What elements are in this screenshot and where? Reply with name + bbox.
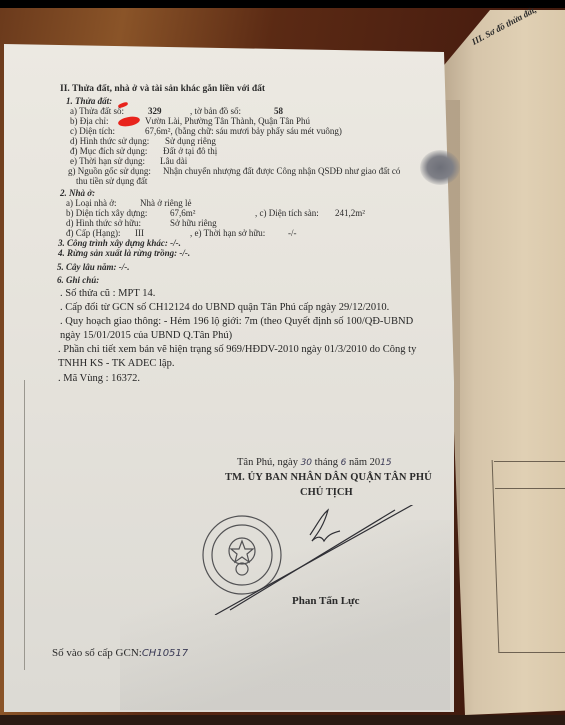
registry-number-handwritten: CH10517	[142, 648, 188, 659]
registry-row: Số vào sổ cấp GCN:CH10517	[52, 648, 188, 659]
perennial-trees: 5. Cây lâu năm: -/-.	[57, 262, 130, 273]
section-title: II. Thửa đất, nhà ở và tài sản khác gắn …	[60, 84, 265, 95]
note-line: . Mã Vùng : 16372.	[58, 372, 140, 386]
note-line: TNHH KS - TK ADEC lập.	[58, 357, 174, 371]
place-date-prefix: Tân Phú, ngày	[237, 457, 298, 468]
month-handwritten: 6	[341, 458, 347, 468]
map-frame	[492, 460, 565, 653]
month-label: tháng	[315, 457, 338, 468]
year-label: năm 20	[349, 457, 380, 468]
issuing-organization: TM. ỦY BAN NHÂN DÂN QUẬN TÂN PHÚ	[225, 472, 432, 483]
note-line: . Số thửa cũ : MPT 14.	[60, 287, 155, 301]
ownership-term-label: , e) Thời hạn sở hữu:	[190, 228, 265, 239]
floor-area-value: 241,2m²	[335, 208, 365, 219]
note-line: . Quy hoạch giao thông: - Hẻm 196 lộ giớ…	[60, 315, 413, 329]
seal-icon	[203, 516, 281, 594]
note-line: . Phần chi tiết xem bản vẽ hiện trạng số…	[58, 343, 416, 357]
day-handwritten: 30	[301, 458, 312, 468]
note-line: ngày 15/01/2015 của UBND Q.Tân Phú)	[60, 329, 232, 343]
signer-role: CHỦ TỊCH	[300, 487, 353, 498]
registry-label: Số vào sổ cấp GCN:	[52, 647, 142, 659]
origin-value-line1: Nhận chuyển nhượng đất được Công nhận QS…	[163, 166, 400, 177]
note-line: . Cấp đổi từ GCN số CH12124 do UBND quận…	[60, 301, 389, 315]
place-date: Tân Phú, ngày 30 tháng 6 năm 2015	[237, 457, 392, 469]
ownership-term-value: -/-	[288, 228, 297, 239]
page-frame-line	[24, 380, 25, 670]
ink-smudge	[420, 150, 460, 185]
signer-name: Phan Tấn Lực	[292, 596, 360, 607]
table-edge	[0, 715, 565, 725]
origin-value-line2: thu tiền sử dụng đất	[76, 176, 147, 187]
year-handwritten: 15	[380, 458, 391, 468]
floor-area-label: , c) Diện tích sàn:	[255, 208, 319, 219]
parcel-number-label: a) Thửa đất số:	[70, 106, 124, 116]
notes-heading: 6. Ghi chú:	[57, 275, 99, 286]
production-forest: 4. Rừng sản xuất là rừng trồng: -/-.	[58, 248, 190, 259]
